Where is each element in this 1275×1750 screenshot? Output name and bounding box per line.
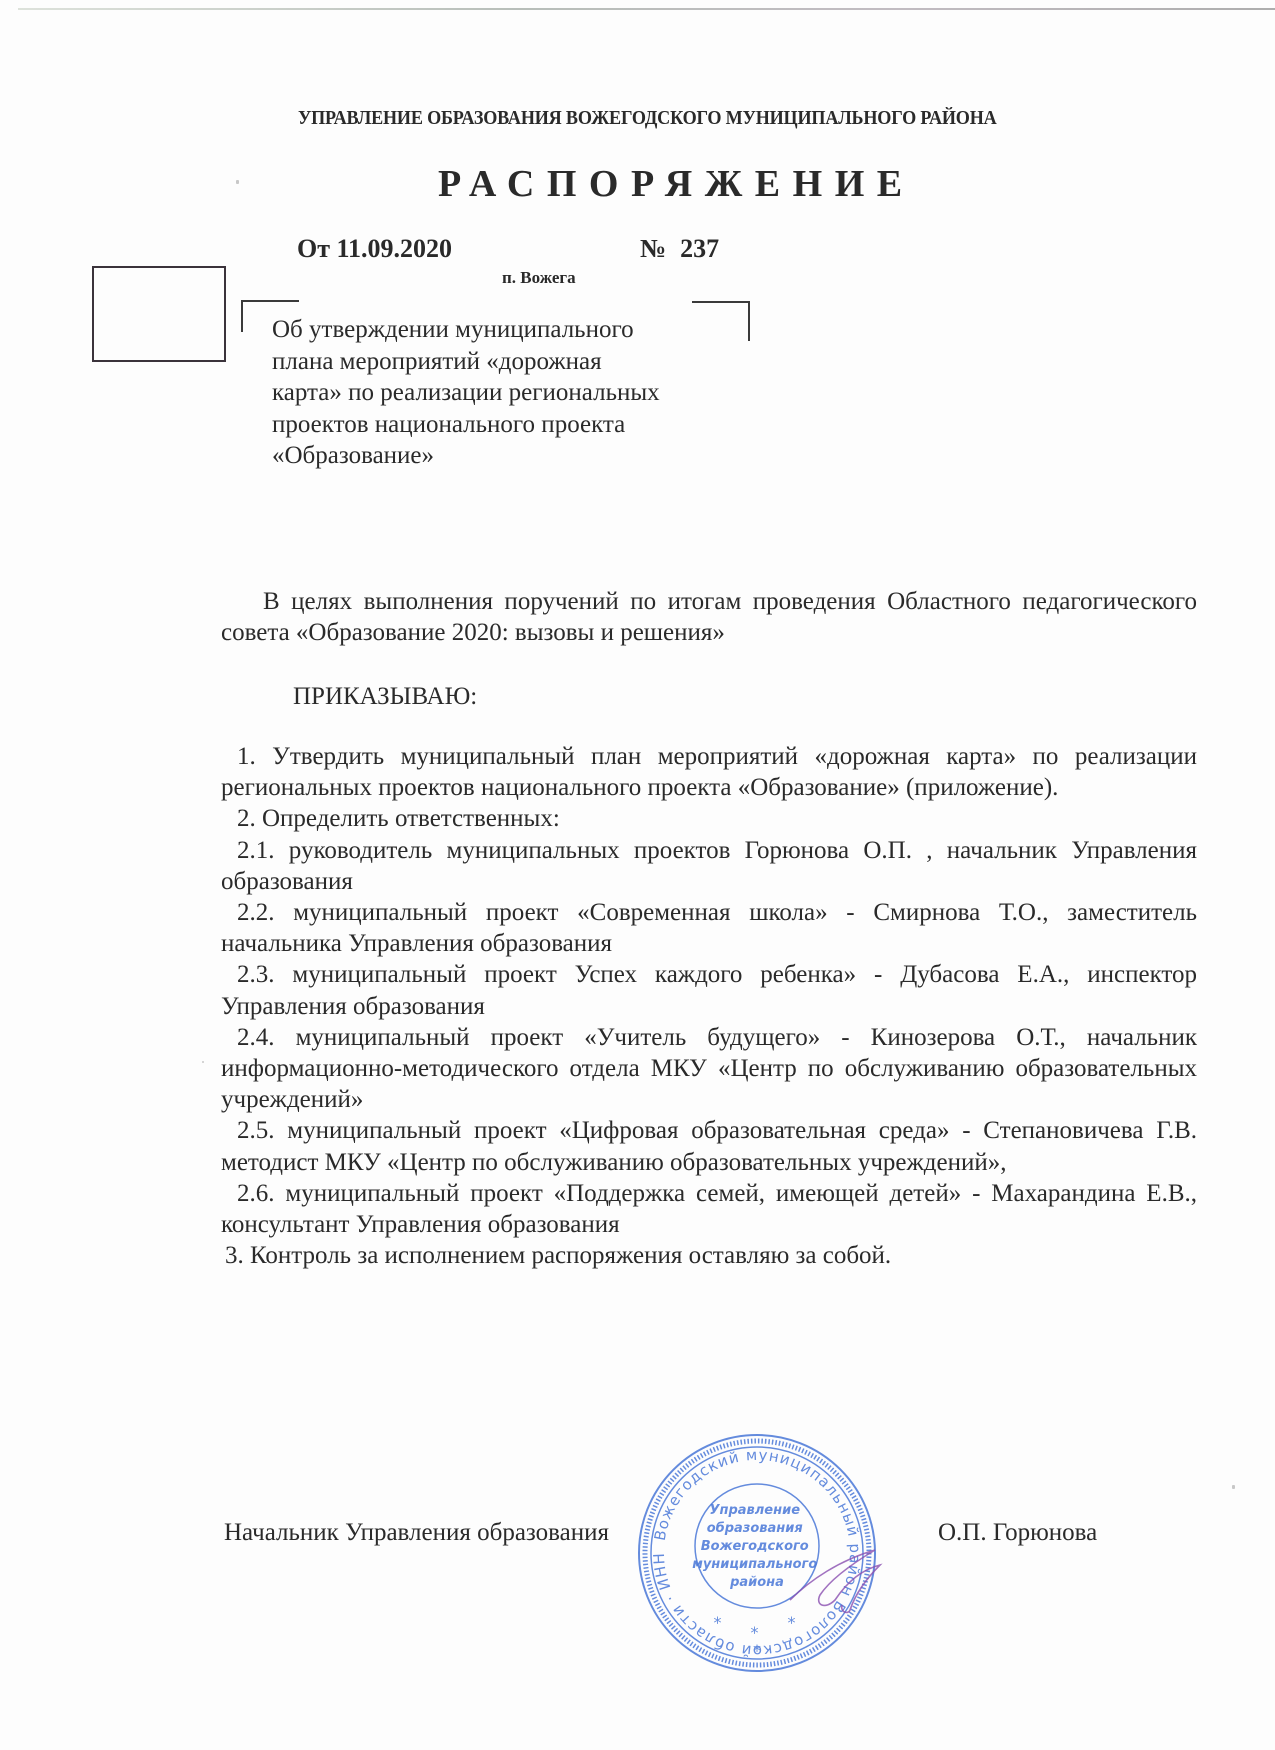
preamble-paragraph: В целях выполнения поручений по итогам п… [221,586,1197,648]
document-date: От 11.09.2020 [297,234,452,264]
subject-line: Об утверждении муниципального [272,314,752,346]
number-sign: № [640,234,666,263]
order-item: 2.3. муниципальный проект Успех каждого … [221,959,1197,1021]
document-place: п. Вожега [502,268,576,288]
subject-line: карта» по реализации региональных [272,377,752,409]
number-value: 237 [680,234,719,263]
subject-line: плана мероприятий «дорожная [272,346,752,378]
document-title: РАСПОРЯЖЕНИЕ [438,162,915,206]
signatory-position: Начальник Управления образования [224,1519,609,1547]
order-item: 3. Контроль за исполнением распоряжения … [221,1240,1197,1271]
order-item: 2.5. муниципальный проект «Цифровая обра… [221,1115,1197,1177]
document-number: №237 [640,234,719,264]
order-item: 2.6. муниципальный проект «Поддержка сем… [221,1178,1197,1240]
subject-line: «Образование» [272,440,752,472]
order-item: 2. Определить ответственных: [221,803,1197,834]
scan-edge-line [18,8,1275,10]
organization-header: УПРАВЛЕНИЕ ОБРАЗОВАНИЯ ВОЖЕГОДСКОГО МУНИ… [298,108,997,130]
order-item: 2.4. муниципальный проект «Учитель будущ… [221,1022,1197,1116]
registration-box [92,266,226,362]
subject-line: проектов национального проекта [272,409,752,441]
signatory-name: О.П. Горюнова [938,1519,1097,1547]
order-item: 2.1. руководитель муниципальных проектов… [221,835,1197,897]
order-word: ПРИКАЗЫВАЮ: [293,683,477,711]
scan-speck [1232,1485,1235,1489]
document-subject: Об утверждении муниципального плана меро… [272,314,752,472]
handwritten-signature-icon [780,1540,900,1620]
order-item: 2.2. муниципальный проект «Современная ш… [221,897,1197,959]
order-items: 1. Утвердить муниципальный план мероприя… [221,741,1197,1271]
order-item: 1. Утвердить муниципальный план мероприя… [221,741,1197,803]
scan-speck [236,180,239,184]
scan-speck [202,1061,204,1063]
